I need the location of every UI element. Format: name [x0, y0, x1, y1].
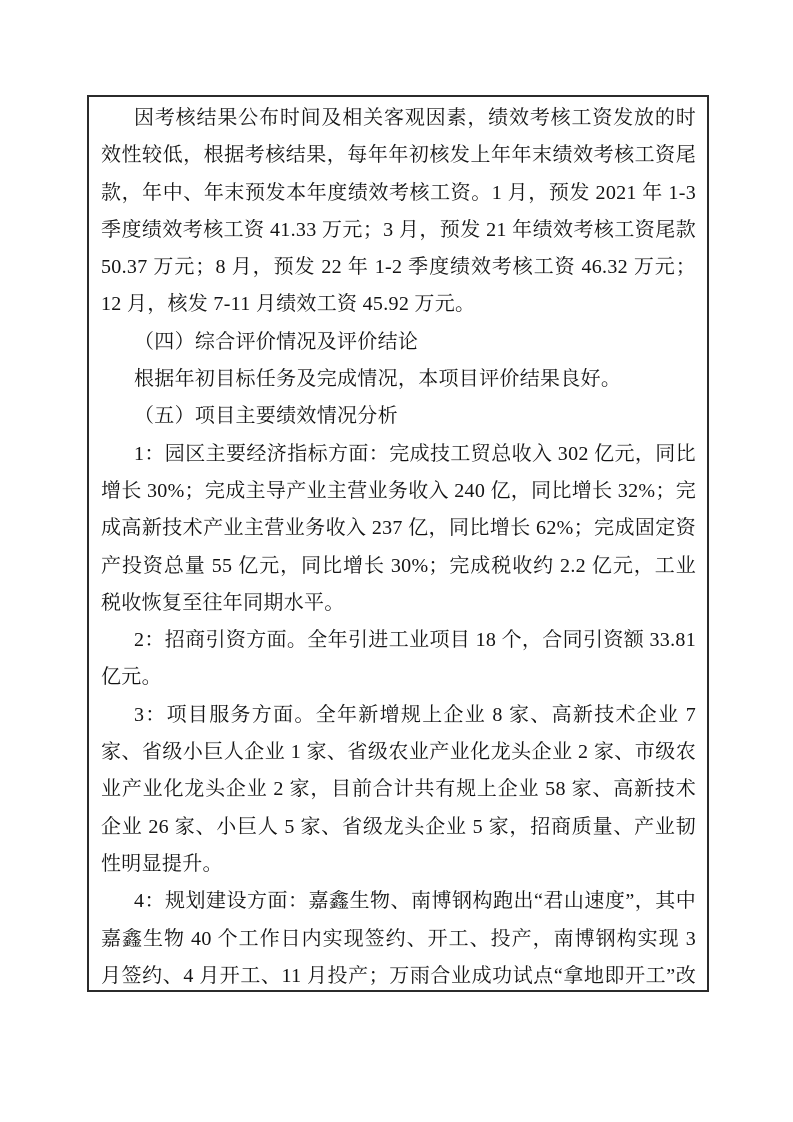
- report-table-cell: 因考核结果公布时间及相关客观因素，绩效考核工资发放的时效性较低，根据考核结果，每…: [87, 95, 709, 992]
- cell-text-block: 因考核结果公布时间及相关客观因素，绩效考核工资发放的时效性较低，根据考核结果，每…: [101, 100, 696, 992]
- paragraph-project-services: 3：项目服务方面。全年新增规上企业 8 家、高新技术企业 7 家、省级小巨人企业…: [101, 697, 696, 883]
- document-page: 因考核结果公布时间及相关客观因素，绩效考核工资发放的时效性较低，根据考核结果，每…: [0, 0, 793, 1122]
- paragraph-evaluation-conclusion: 根据年初目标任务及完成情况，本项目评价结果良好。: [101, 361, 696, 398]
- paragraph-investment-attraction: 2：招商引资方面。全年引进工业项目 18 个，合同引资额 33.81 亿元。: [101, 622, 696, 697]
- paragraph-planning-construction: 4：规划建设方面：嘉鑫生物、南博钢构跑出“君山速度”，其中嘉鑫生物 40 个工作…: [101, 883, 696, 992]
- heading-section-4: （四）综合评价情况及评价结论: [101, 324, 696, 361]
- heading-section-5: （五）项目主要绩效情况分析: [101, 398, 696, 435]
- paragraph-performance-pay: 因考核结果公布时间及相关客观因素，绩效考核工资发放的时效性较低，根据考核结果，每…: [101, 100, 696, 324]
- paragraph-economic-indicators: 1：园区主要经济指标方面：完成技工贸总收入 302 亿元，同比增长 30%；完成…: [101, 436, 696, 622]
